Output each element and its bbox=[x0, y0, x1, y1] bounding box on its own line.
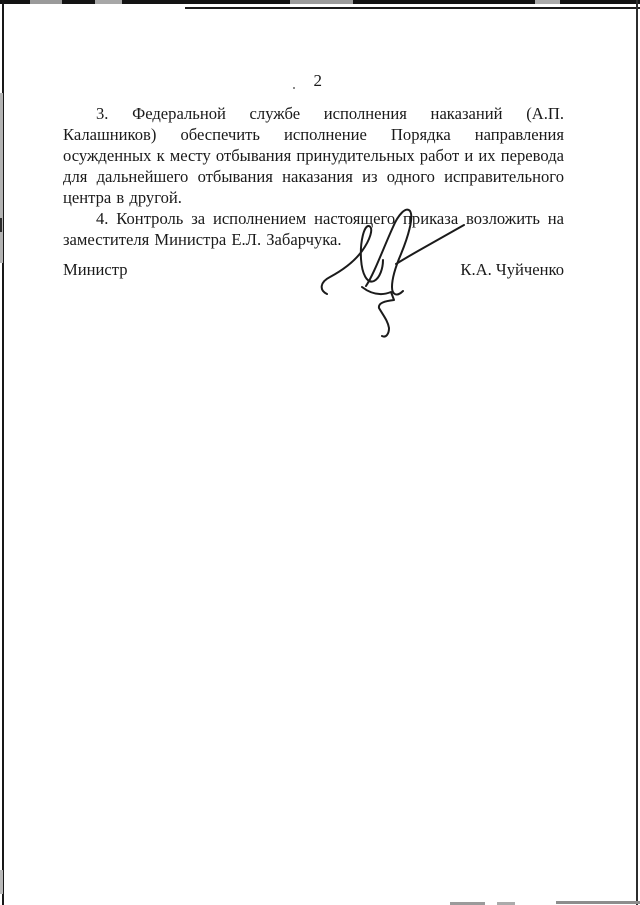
page-number: 2 bbox=[0, 71, 636, 91]
scan-border-top-gray-segment bbox=[535, 0, 560, 4]
scan-border-top-thin-line bbox=[185, 7, 640, 9]
scan-border-top-gray-segment bbox=[290, 0, 353, 4]
signatory-name: К.А. Чуйченко bbox=[460, 260, 564, 280]
scan-border-bottom-segment bbox=[556, 901, 640, 904]
paragraph-item-3: 3. Федеральной службе исполнения наказан… bbox=[63, 103, 564, 208]
scan-border-right bbox=[636, 0, 638, 905]
document-body: 3. Федеральной службе исполнения наказан… bbox=[63, 103, 564, 250]
paragraph-item-4: 4. Контроль за исполнением настоящего пр… bbox=[63, 208, 564, 250]
scan-border-left-speck bbox=[0, 218, 2, 232]
signature-block: Министр К.А. Чуйченко bbox=[63, 260, 564, 280]
scan-border-top-gray-segment bbox=[95, 0, 122, 4]
document-page: 2 3. Федеральной службе исполнения наказ… bbox=[0, 0, 640, 905]
scan-border-left-gray-segment bbox=[0, 870, 3, 894]
scan-border-top-gray-segment bbox=[30, 0, 62, 4]
scan-border-left-gray-segment bbox=[0, 93, 3, 263]
signatory-title: Министр bbox=[63, 260, 128, 280]
